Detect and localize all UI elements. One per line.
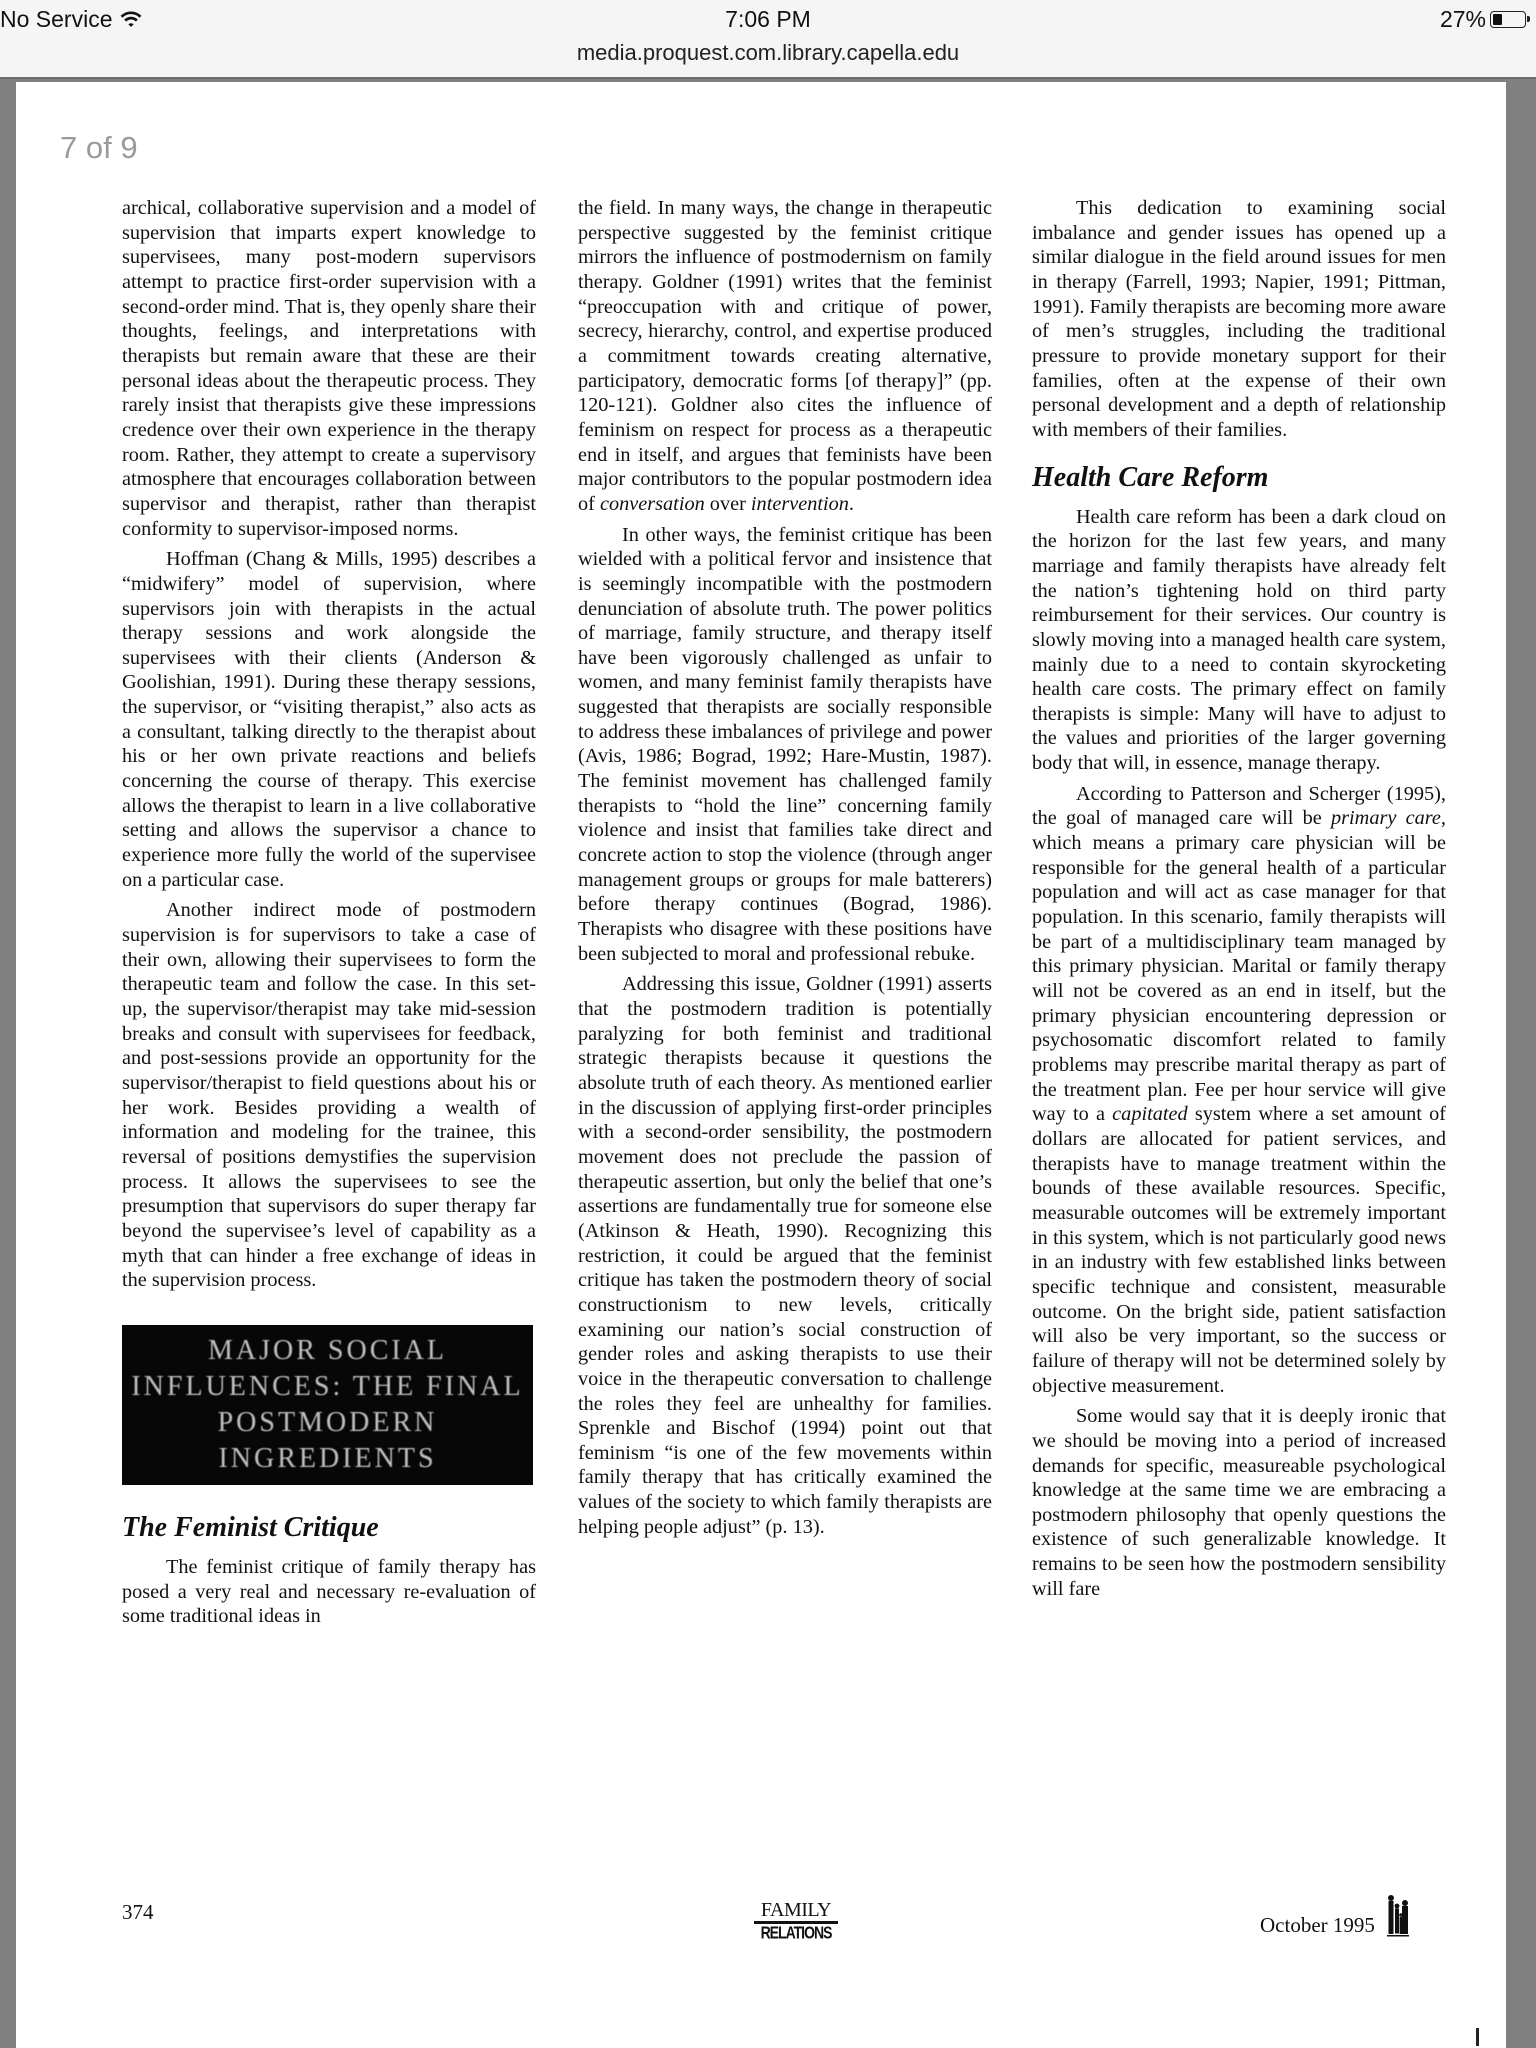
journal-logo-line1: FAMILY bbox=[754, 1900, 838, 1924]
section-heading-health-care-reform: Health Care Reform bbox=[1032, 461, 1446, 495]
paragraph: archical, collaborative supervision and … bbox=[122, 196, 536, 541]
url-bar[interactable]: media.proquest.com.library.capella.edu bbox=[0, 40, 1536, 66]
article-column-2: the field. In many ways, the change in t… bbox=[578, 196, 992, 1539]
italic-term: capitated bbox=[1112, 1103, 1187, 1125]
text-run: , which means a primary care physician w… bbox=[1032, 807, 1446, 1125]
paragraph: The feminist critique of family therapy … bbox=[122, 1555, 536, 1629]
battery-percent: 27% bbox=[1440, 6, 1486, 33]
status-right: 27% bbox=[1440, 6, 1526, 33]
section-banner: Major Social Influences: The Final Postm… bbox=[122, 1325, 533, 1485]
text-run: system where a set amount of dollars are… bbox=[1032, 1103, 1446, 1396]
paragraph: This dedication to examining social imba… bbox=[1032, 196, 1446, 443]
paragraph: Health care reform has been a dark cloud… bbox=[1032, 505, 1446, 776]
journal-logo: FAMILY RELATIONS bbox=[754, 1900, 838, 1940]
italic-term: intervention bbox=[751, 493, 849, 515]
article-column-1: archical, collaborative supervision and … bbox=[122, 196, 536, 1629]
italic-term: conversation bbox=[600, 493, 705, 515]
text-run: the field. In many ways, the change in t… bbox=[578, 197, 992, 515]
paragraph: Some would say that it is deeply ironic … bbox=[1032, 1404, 1446, 1601]
section-banner-text: Major Social Influences: The Final Postm… bbox=[122, 1333, 533, 1477]
paragraph: Another indirect mode of postmodern supe… bbox=[122, 898, 536, 1293]
issue-info: October 1995 bbox=[1260, 1902, 1411, 1938]
pdf-page: 7 of 9 archical, collaborative supervisi… bbox=[16, 82, 1506, 2048]
paragraph: Addressing this issue, Goldner (1991) as… bbox=[578, 972, 992, 1539]
paragraph: Hoffman (Chang & Mills, 1995) describes … bbox=[122, 547, 536, 892]
journal-logo-line2: RELATIONS bbox=[754, 1922, 838, 1942]
text-run: over bbox=[705, 493, 751, 515]
page-indicator: 7 of 9 bbox=[60, 130, 138, 166]
article-column-3: This dedication to examining social imba… bbox=[1032, 196, 1446, 1601]
clock: 7:06 PM bbox=[0, 6, 1536, 33]
paragraph: In other ways, the feminist critique has… bbox=[578, 523, 992, 967]
italic-term: primary care bbox=[1331, 807, 1441, 829]
scan-artifact bbox=[1476, 2028, 1479, 2046]
issue-date: October 1995 bbox=[1260, 1913, 1375, 1938]
paragraph: the field. In many ways, the change in t… bbox=[578, 196, 992, 517]
section-heading-feminist-critique: The Feminist Critique bbox=[122, 1511, 536, 1545]
page-number: 374 bbox=[122, 1900, 154, 1925]
family-logo-icon bbox=[1385, 1894, 1411, 1938]
battery-icon bbox=[1490, 11, 1526, 28]
text-run: . bbox=[849, 493, 854, 515]
paragraph: According to Patterson and Scherger (199… bbox=[1032, 782, 1446, 1398]
status-bar: No Service 7:06 PM 27% media.proquest.co… bbox=[0, 0, 1536, 79]
